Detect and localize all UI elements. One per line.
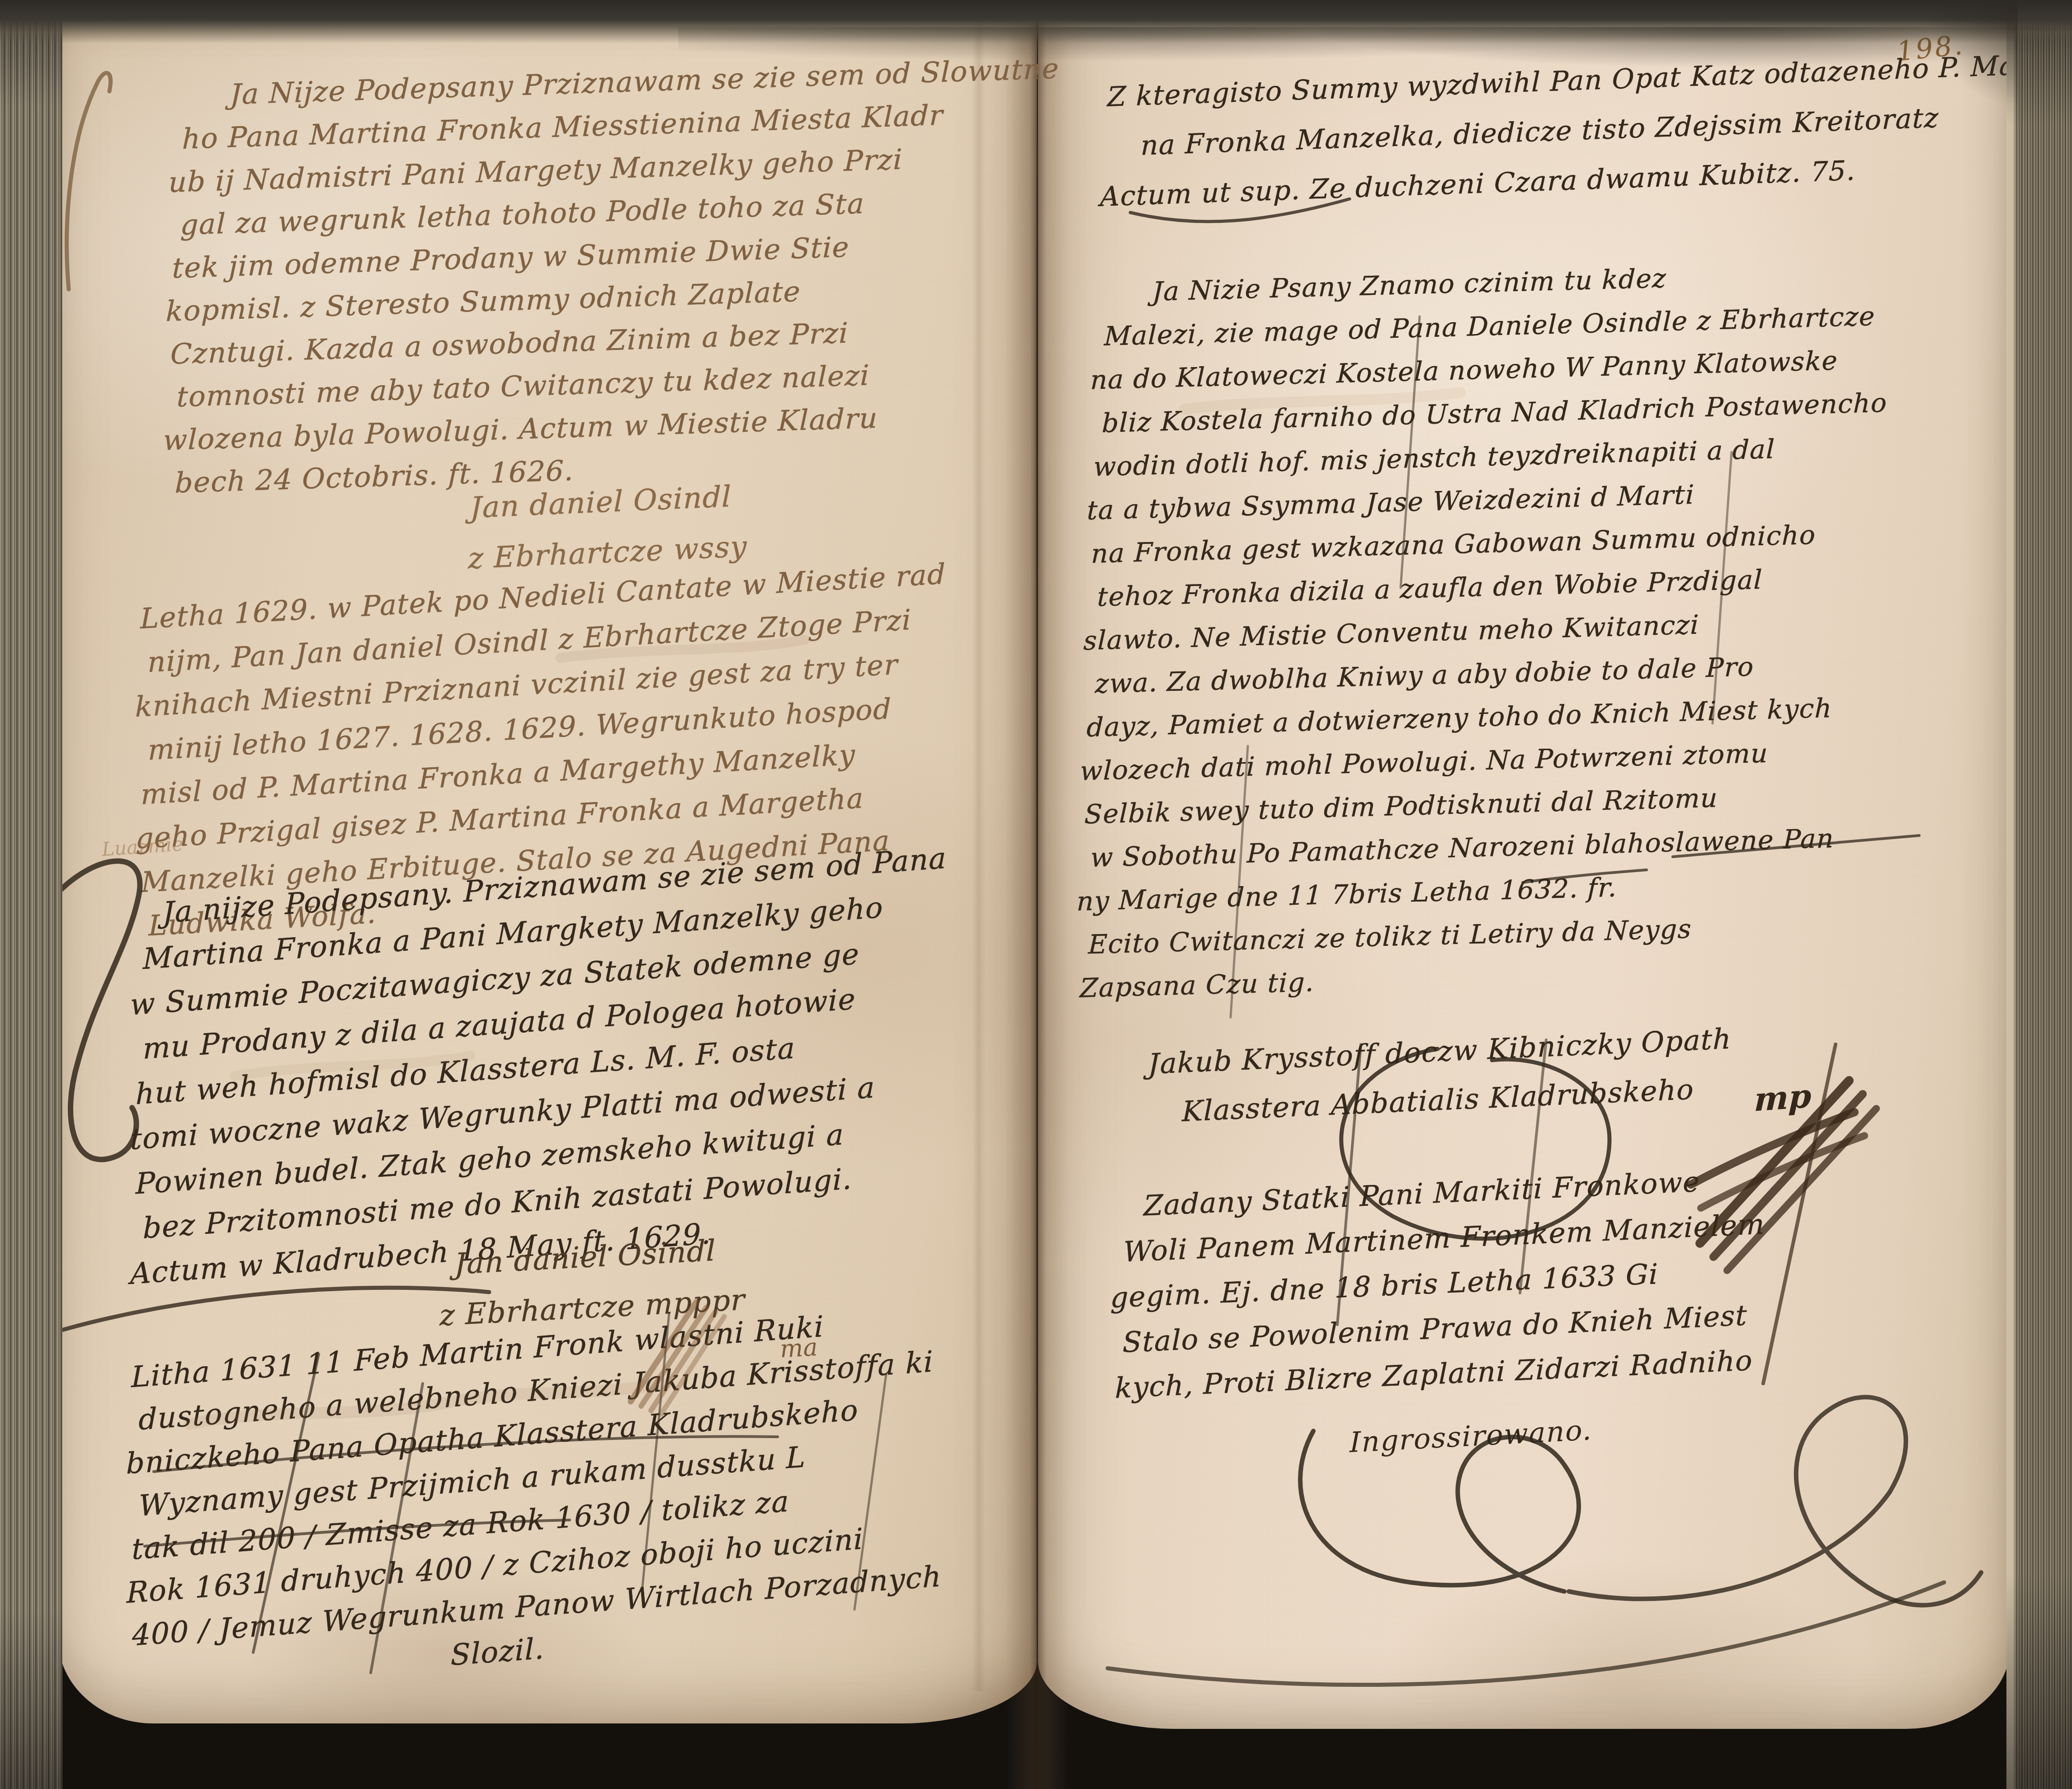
entry-1631-payment: Litha 1631 11 Feb Martin Fronk wlastni R… (131, 1297, 942, 1701)
entry-1632-quittance: Ja Nizie Psany Znamo czinim tu kdez Male… (1079, 251, 1884, 1010)
right-page-edge-stack (2006, 0, 2072, 1789)
top-edge-smudge (678, 27, 2072, 81)
entry-1633-transfer: Zadany Statki Pani Markiti Fronkowe Woli… (1115, 1156, 1758, 1411)
manuscript-photo: { "page_number": "198.", "ink": { "dark"… (0, 0, 2072, 1789)
entry-1626-quittance: Ja Nijze Podepsany Prziznawam se zie sem… (167, 47, 1060, 505)
top-right-corner-shade (1900, 0, 2018, 136)
left-page-edge-stack (0, 0, 62, 1789)
entry-1629-may-quittance: Ja nijze Podepsany. Prziznawam se zie se… (136, 836, 947, 1297)
manu-propria-mark: mp (1754, 1076, 1812, 1119)
